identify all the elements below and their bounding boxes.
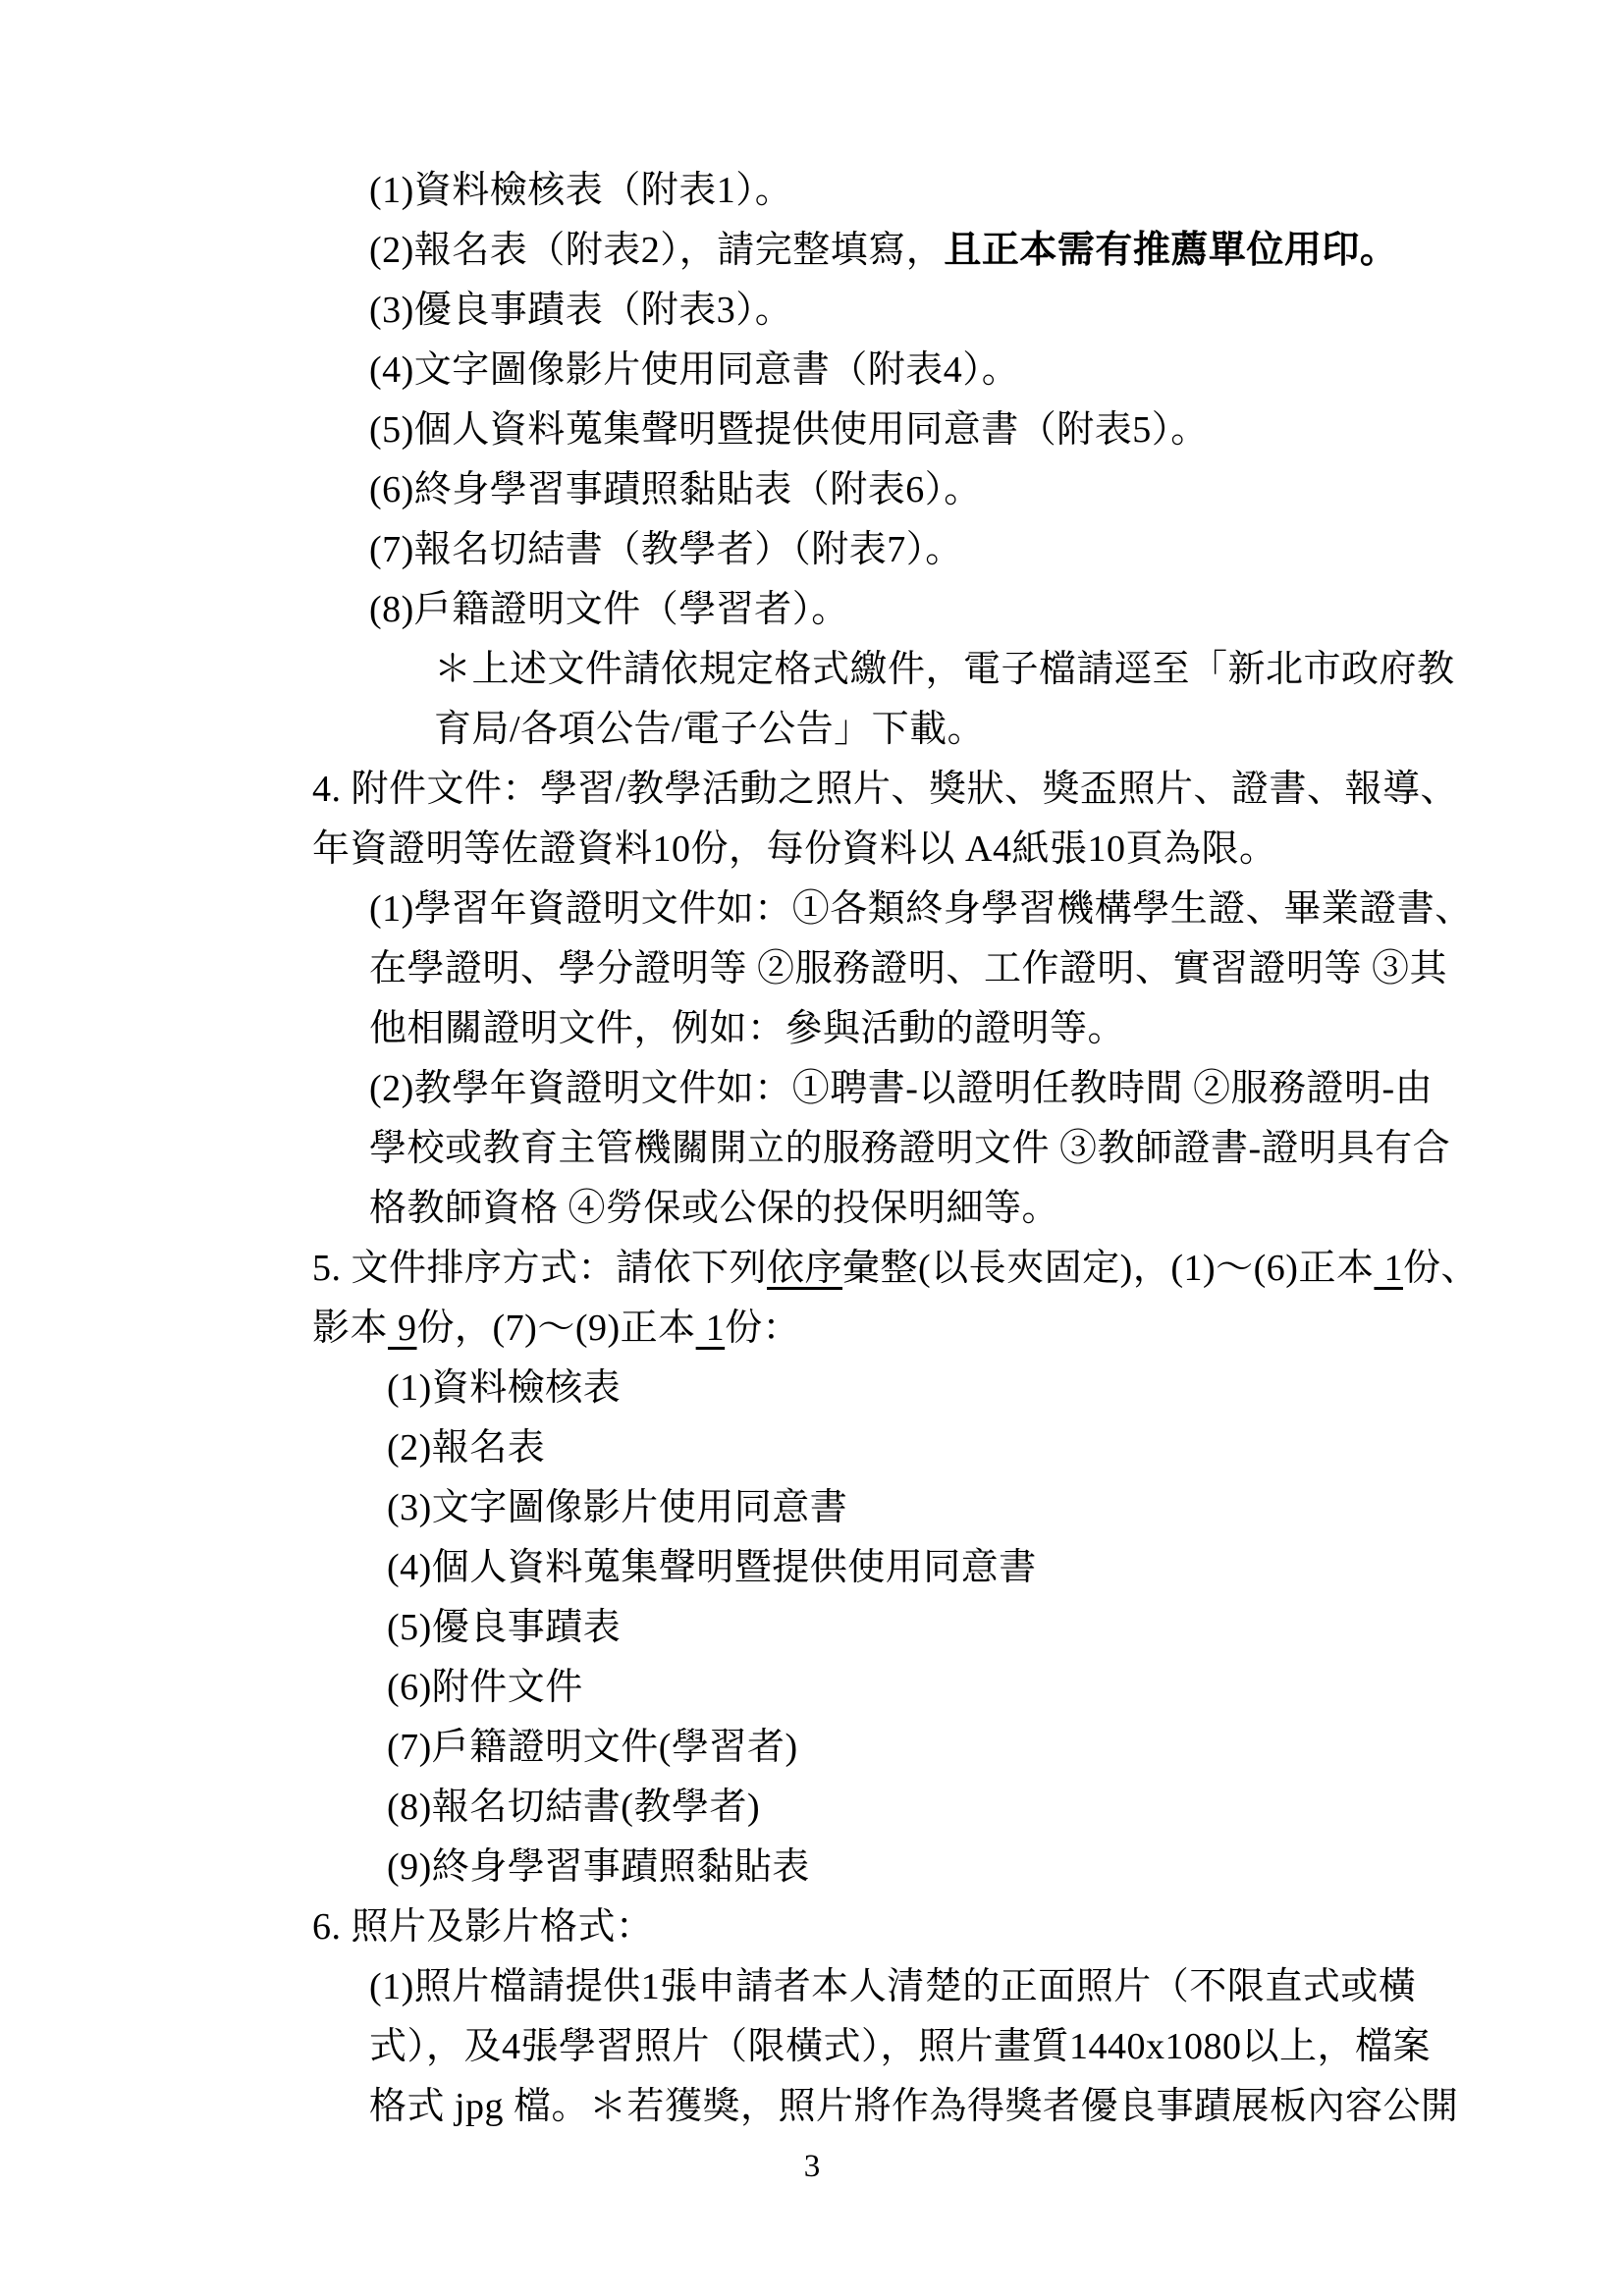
- text-line: (1)照片檔請提供1張申請者本人清楚的正面照片（不限直式或橫: [0, 1957, 1624, 2017]
- text-segment: (2)報名表（附表2），請完整填寫，: [369, 230, 944, 271]
- text-segment: 份，(7)～(9)正本: [417, 1308, 696, 1349]
- text-segment: (7)報名切結書（教學者）（附表7）。: [369, 529, 963, 570]
- text-line: 4. 附件文件：學習/教學活動之照片、獎狀、獎盃照片、證書、報導、: [0, 760, 1624, 820]
- text-line: 他相關證明文件，例如：參與活動的證明等。: [0, 999, 1624, 1059]
- text-segment: 格式 jpg 檔。＊若獲獎，照片將作為得獎者優良事蹟展板內容公開: [369, 2086, 1459, 2127]
- text-segment: 式），及4張學習照片（限橫式），照片畫質1440x1080以上，檔案: [369, 2026, 1431, 2067]
- text-line: (7)報名切結書（教學者）（附表7）。: [0, 520, 1624, 580]
- text-segment: (1)學習年資證明文件如：①各類終身學習機構學生證、畢業證書、: [369, 888, 1473, 930]
- text-segment: 6. 照片及影片格式：: [312, 1906, 654, 1948]
- text-segment: (1)資料檢核表（附表1）。: [369, 170, 792, 211]
- text-segment-underlined: 1: [1374, 1248, 1403, 1289]
- text-line: 育局/各項公告/電子公告」下載。: [0, 700, 1624, 760]
- text-segment: 學校或教育主管機關開立的服務證明文件 ③教師證書-證明具有合: [369, 1128, 1450, 1169]
- text-segment: 格教師資格 ④勞保或公保的投保明細等。: [369, 1188, 1059, 1229]
- text-line: (8)戶籍證明文件（學習者）。: [0, 580, 1624, 640]
- text-segment-underlined: 9: [388, 1308, 417, 1349]
- text-segment: (5)個人資料蒐集聲明暨提供使用同意書（附表5）。: [369, 409, 1209, 451]
- text-line: ＊上述文件請依規定格式繳件，電子檔請逕至「新北市政府教: [0, 640, 1624, 700]
- text-line: (1)學習年資證明文件如：①各類終身學習機構學生證、畢業證書、: [0, 880, 1624, 939]
- text-segment: (6)附件文件: [387, 1667, 583, 1708]
- text-line: (2)報名表: [0, 1418, 1624, 1478]
- text-segment: (6)終身學習事蹟照黏貼表（附表6）。: [369, 469, 982, 510]
- text-line: 在學證明、學分證明等 ②服務證明、工作證明、實習證明等 ③其: [0, 939, 1624, 999]
- text-segment-bold: 且正本需有推薦單位用印。: [944, 230, 1397, 271]
- text-line: 式），及4張學習照片（限橫式），照片畫質1440x1080以上，檔案: [0, 2017, 1624, 2077]
- text-line: 6. 照片及影片格式：: [0, 1897, 1624, 1957]
- text-segment: (5)優良事蹟表: [387, 1607, 621, 1648]
- text-segment: (8)戶籍證明文件（學習者）。: [369, 589, 849, 630]
- text-segment: (3)優良事蹟表（附表3）。: [369, 290, 792, 331]
- text-line: 影本 9份，(7)～(9)正本 1份：: [0, 1299, 1624, 1359]
- text-line: (5)個人資料蒐集聲明暨提供使用同意書（附表5）。: [0, 400, 1624, 460]
- text-segment: (8)報名切結書(教學者): [387, 1787, 760, 1828]
- text-segment: (2)教學年資證明文件如：①聘書-以證明任教時間 ②服務證明-由: [369, 1068, 1433, 1109]
- text-line: 5. 文件排序方式：請依下列依序彙整(以長夾固定)，(1)～(6)正本 1份、: [0, 1239, 1624, 1299]
- text-segment: ＊上述文件請依規定格式繳件，電子檔請逕至「新北市政府教: [434, 649, 1455, 690]
- text-line: (1)資料檢核表（附表1）。: [0, 161, 1624, 221]
- text-segment: 4. 附件文件：學習/教學活動之照片、獎狀、獎盃照片、證書、報導、: [312, 769, 1458, 810]
- text-segment-underlined: 1: [696, 1308, 726, 1349]
- text-line: (5)優良事蹟表: [0, 1598, 1624, 1658]
- text-line: (9)終身學習事蹟照黏貼表: [0, 1838, 1624, 1897]
- text-line: 學校或教育主管機關開立的服務證明文件 ③教師證書-證明具有合: [0, 1119, 1624, 1179]
- text-segment: 份：: [725, 1308, 800, 1349]
- text-segment: (4)文字圖像影片使用同意書（附表4）。: [369, 349, 1019, 391]
- text-segment: (1)照片檔請提供1張申請者本人清楚的正面照片（不限直式或橫: [369, 1966, 1416, 2007]
- document-text-block: (1)資料檢核表（附表1）。(2)報名表（附表2），請完整填寫，且正本需有推薦單…: [0, 161, 1624, 2137]
- text-line: 年資證明等佐證資料10份，每份資料以 A4紙張10頁為限。: [0, 820, 1624, 880]
- text-line: (3)優良事蹟表（附表3）。: [0, 281, 1624, 341]
- text-line: (2)教學年資證明文件如：①聘書-以證明任教時間 ②服務證明-由: [0, 1059, 1624, 1119]
- text-line: (7)戶籍證明文件(學習者): [0, 1718, 1624, 1778]
- text-segment: 彙整(以長夾固定)，(1)～(6)正本: [842, 1248, 1374, 1289]
- text-segment: 育局/各項公告/電子公告」下載。: [434, 709, 985, 750]
- text-line: (6)附件文件: [0, 1658, 1624, 1718]
- text-line: (6)終身學習事蹟照黏貼表（附表6）。: [0, 460, 1624, 520]
- text-segment: 年資證明等佐證資料10份，每份資料以 A4紙張10頁為限。: [312, 828, 1276, 870]
- text-line: (8)報名切結書(教學者): [0, 1778, 1624, 1838]
- text-segment: 他相關證明文件，例如：參與活動的證明等。: [369, 1008, 1125, 1049]
- text-line: (4)個人資料蒐集聲明暨提供使用同意書: [0, 1538, 1624, 1598]
- page-number: 3: [0, 2137, 1624, 2197]
- text-line: (4)文字圖像影片使用同意書（附表4）。: [0, 341, 1624, 400]
- text-segment: (7)戶籍證明文件(學習者): [387, 1727, 798, 1768]
- text-segment: (4)個人資料蒐集聲明暨提供使用同意書: [387, 1547, 1037, 1588]
- text-line: (1)資料檢核表: [0, 1359, 1624, 1418]
- text-line: (3)文字圖像影片使用同意書: [0, 1478, 1624, 1538]
- text-segment: (2)報名表: [387, 1427, 545, 1468]
- text-line: 格教師資格 ④勞保或公保的投保明細等。: [0, 1179, 1624, 1239]
- document-page: (1)資料檢核表（附表1）。(2)報名表（附表2），請完整填寫，且正本需有推薦單…: [0, 0, 1624, 2296]
- text-segment: (1)資料檢核表: [387, 1367, 621, 1409]
- text-segment: (3)文字圖像影片使用同意書: [387, 1487, 847, 1528]
- text-segment-underlined: 依序: [767, 1248, 842, 1289]
- text-segment: 5. 文件排序方式：請依下列: [312, 1248, 767, 1289]
- text-segment: 在學證明、學分證明等 ②服務證明、工作證明、實習證明等 ③其: [369, 948, 1447, 989]
- text-segment: 份、: [1403, 1248, 1479, 1289]
- text-segment: 影本: [312, 1308, 388, 1349]
- text-segment: (9)終身學習事蹟照黏貼表: [387, 1846, 810, 1888]
- text-line: (2)報名表（附表2），請完整填寫，且正本需有推薦單位用印。: [0, 221, 1624, 281]
- document-body: (1)資料檢核表（附表1）。(2)報名表（附表2），請完整填寫，且正本需有推薦單…: [0, 0, 1624, 2197]
- text-line: 格式 jpg 檔。＊若獲獎，照片將作為得獎者優良事蹟展板內容公開: [0, 2077, 1624, 2137]
